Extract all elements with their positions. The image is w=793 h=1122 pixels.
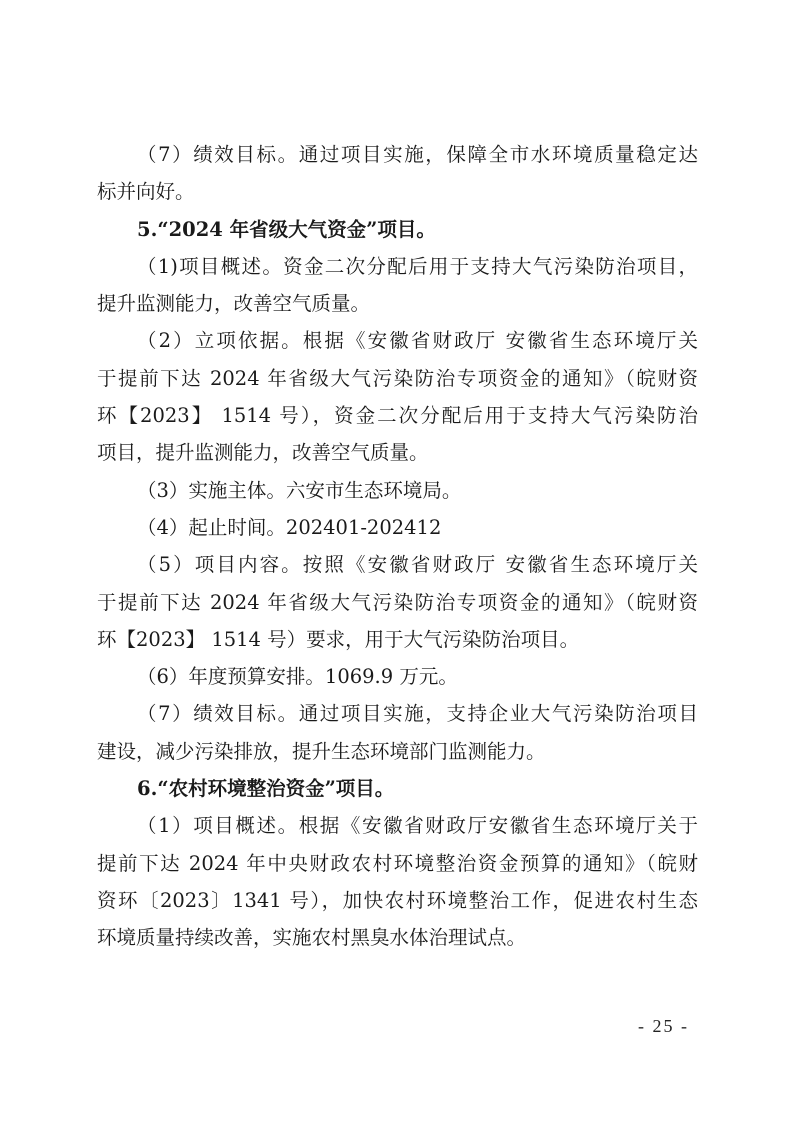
text-line: （2）立项依据。根据《安徽省财政厅 安徽省生态环境厅关 [97, 322, 698, 359]
paragraph-time-period: （4）起止时间。202401-202412 [97, 509, 698, 546]
text-line: （6）年度预算安排。1069.9 万元。 [97, 658, 698, 695]
text-line: （5）项目内容。按照《安徽省财政厅 安徽省生态环境厅关 [97, 546, 698, 583]
text-line: （1）项目概述。根据《安徽省财政厅安徽省生态环境厅关于 [97, 807, 698, 844]
document-body: （7）绩效目标。通过项目实施，保障全市水环境质量稳定达 标并向好。 5.“202… [97, 136, 698, 957]
paragraph-implementing-body: （3）实施主体。六安市生态环境局。 [97, 472, 698, 509]
paragraph-rural-project-overview: （1）项目概述。根据《安徽省财政厅安徽省生态环境厅关于 提前下达 2024 年中… [97, 807, 698, 956]
text-line: 环【2023】 1514 号），资金二次分配后用于支持大气污染防治 [97, 397, 698, 434]
text-line: （7）绩效目标。通过项目实施，支持企业大气污染防治项目 [97, 695, 698, 732]
text-line: （7）绩效目标。通过项目实施，保障全市水环境质量稳定达 [97, 136, 698, 173]
text-line: 提前下达 2024 年中央财政农村环境整治资金预算的通知》（皖财 [97, 845, 698, 882]
paragraph-annual-budget: （6）年度预算安排。1069.9 万元。 [97, 658, 698, 695]
paragraph-project-basis: （2）立项依据。根据《安徽省财政厅 安徽省生态环境厅关 于提前下达 2024 年… [97, 322, 698, 471]
paragraph-project-overview: （1)项目概述。资金二次分配后用于支持大气污染防治项目， 提升监测能力，改善空气… [97, 248, 698, 323]
text-line: 提升监测能力，改善空气质量。 [97, 285, 698, 322]
paragraph-performance-goal-prev: （7）绩效目标。通过项目实施，保障全市水环境质量稳定达 标并向好。 [97, 136, 698, 211]
text-line: 于提前下达 2024 年省级大气污染防治专项资金的通知》（皖财资 [97, 360, 698, 397]
paragraph-performance-goal: （7）绩效目标。通过项目实施，支持企业大气污染防治项目 建设，减少污染排放，提升… [97, 695, 698, 770]
text-line: 标并向好。 [97, 173, 698, 210]
text-line: 环境质量持续改善，实施农村黑臭水体治理试点。 [97, 919, 698, 956]
text-line: （3）实施主体。六安市生态环境局。 [97, 472, 698, 509]
text-line: 资环〔2023〕1341 号），加快农村环境整治工作，促进农村生态 [97, 882, 698, 919]
page-number: - 25 - [638, 1016, 689, 1037]
text-line: 于提前下达 2024 年省级大气污染防治专项资金的通知》（皖财资 [97, 584, 698, 621]
text-line: （4）起止时间。202401-202412 [97, 509, 698, 546]
heading-text: 5.“2024 年省级大气资金”项目。 [97, 211, 698, 248]
text-line: （1)项目概述。资金二次分配后用于支持大气污染防治项目， [97, 248, 698, 285]
paragraph-project-content: （5）项目内容。按照《安徽省财政厅 安徽省生态环境厅关 于提前下达 2024 年… [97, 546, 698, 658]
section-heading-5: 5.“2024 年省级大气资金”项目。 [97, 211, 698, 248]
section-heading-6: 6.“农村环境整治资金”项目。 [97, 770, 698, 807]
text-line: 建设，减少污染排放，提升生态环境部门监测能力。 [97, 733, 698, 770]
heading-text: 6.“农村环境整治资金”项目。 [97, 770, 698, 807]
text-line: 项目，提升监测能力，改善空气质量。 [97, 434, 698, 471]
text-line: 环【2023】 1514 号）要求，用于大气污染防治项目。 [97, 621, 698, 658]
